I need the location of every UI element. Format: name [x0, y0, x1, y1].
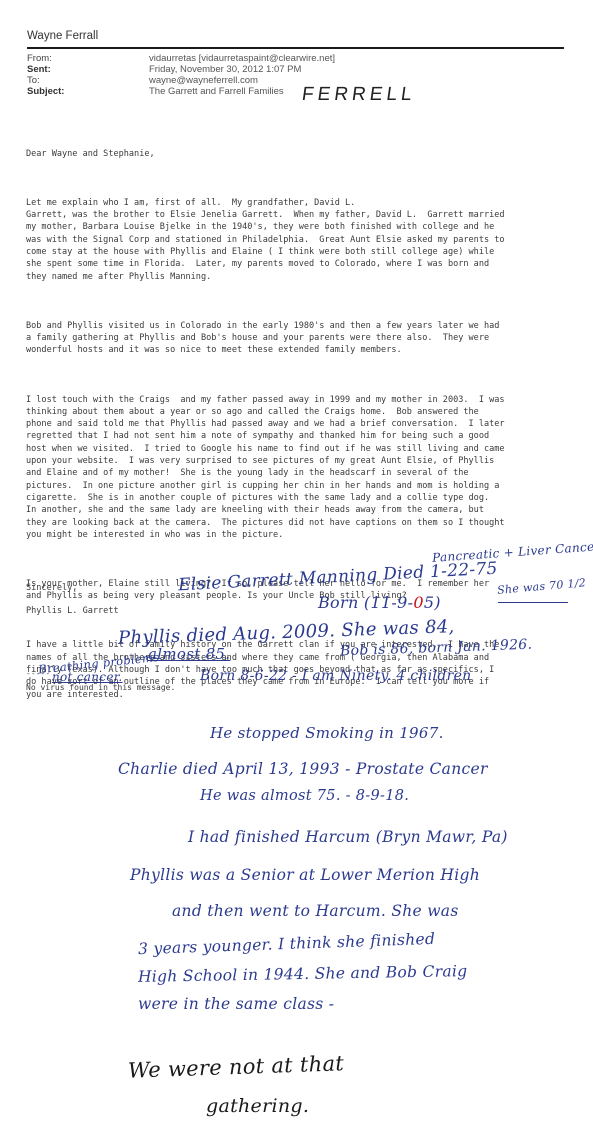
handwritten-note: Born 8-6-22 - I am Ninety. 4 children	[200, 668, 471, 684]
not-cancer-text: not cancer.	[52, 670, 123, 684]
header-sent: Sent: Friday, November 30, 2012 1:07 PM	[27, 64, 335, 75]
handwritten-note: not cancer.	[52, 670, 123, 684]
closing: Sincerely,	[26, 583, 77, 593]
from-label: From:	[27, 53, 149, 64]
to-value: wayne@wayneferrell.com	[149, 75, 258, 86]
handwritten-note: High School in 1944. She and Bob Craig	[138, 962, 468, 986]
header-divider	[27, 47, 564, 49]
born-date-red-digit: 0	[413, 593, 423, 612]
header-to: To: wayne@wayneferrell.com	[27, 75, 335, 86]
handwritten-note: Charlie died April 13, 1993 - Prostate C…	[118, 760, 488, 778]
mailbox-owner-name: Wayne Ferrall	[27, 30, 98, 42]
body-paragraph-3: I lost touch with the Craigs and my fath…	[26, 394, 566, 542]
handwritten-note: He stopped Smoking in 1967.	[210, 724, 444, 742]
handwritten-note: I had finished Harcum (Bryn Mawr, Pa)	[188, 828, 508, 846]
email-headers: From: vidaurretas [vidaurretaspaint@clea…	[27, 53, 335, 97]
handwritten-note: He was almost 75. - 8-9-18.	[200, 788, 409, 804]
scanned-email-printout: Wayne Ferrall From: vidaurretas [vidaurr…	[0, 0, 593, 1144]
born-date-suffix: 5)	[424, 593, 441, 612]
handwritten-note: were in the same class -	[138, 995, 334, 1013]
handwritten-ferrell-correction: FERRELL	[300, 84, 417, 106]
handwritten-note: We were not at that	[128, 1051, 345, 1083]
header-from: From: vidaurretas [vidaurretaspaint@clea…	[27, 53, 335, 64]
to-label: To:	[27, 75, 149, 86]
born-date-prefix: Born (11-9-	[318, 593, 413, 612]
handwritten-note: 3 years younger. I think she finished	[138, 930, 436, 958]
subject-label: Subject:	[27, 86, 149, 97]
body-paragraph-1: Let me explain who I am, first of all. M…	[26, 197, 566, 283]
handwritten-note: Phyllis was a Senior at Lower Merion Hig…	[130, 866, 480, 884]
body-paragraph-2: Bob and Phyllis visited us in Colorado i…	[26, 320, 566, 357]
handwritten-note: gathering.	[206, 1095, 309, 1117]
virus-scan-note: No virus found in this message.	[26, 683, 175, 692]
salutation: Dear Wayne and Stephanie,	[26, 148, 566, 160]
header-subject: Subject: The Garrett and Farrell Familie…	[27, 86, 335, 97]
handwritten-underline	[498, 602, 568, 603]
from-value: vidaurretas [vidaurretaspaint@clearwire.…	[149, 53, 335, 64]
sent-value: Friday, November 30, 2012 1:07 PM	[149, 64, 301, 75]
subject-value: The Garrett and Farrell Families	[149, 86, 284, 97]
handwritten-note: and then went to Harcum. She was	[172, 902, 459, 920]
sent-label: Sent:	[27, 64, 149, 75]
signature: Phyllis L. Garrett	[26, 606, 119, 616]
handwritten-note: Born (11-9-05)	[318, 593, 441, 612]
